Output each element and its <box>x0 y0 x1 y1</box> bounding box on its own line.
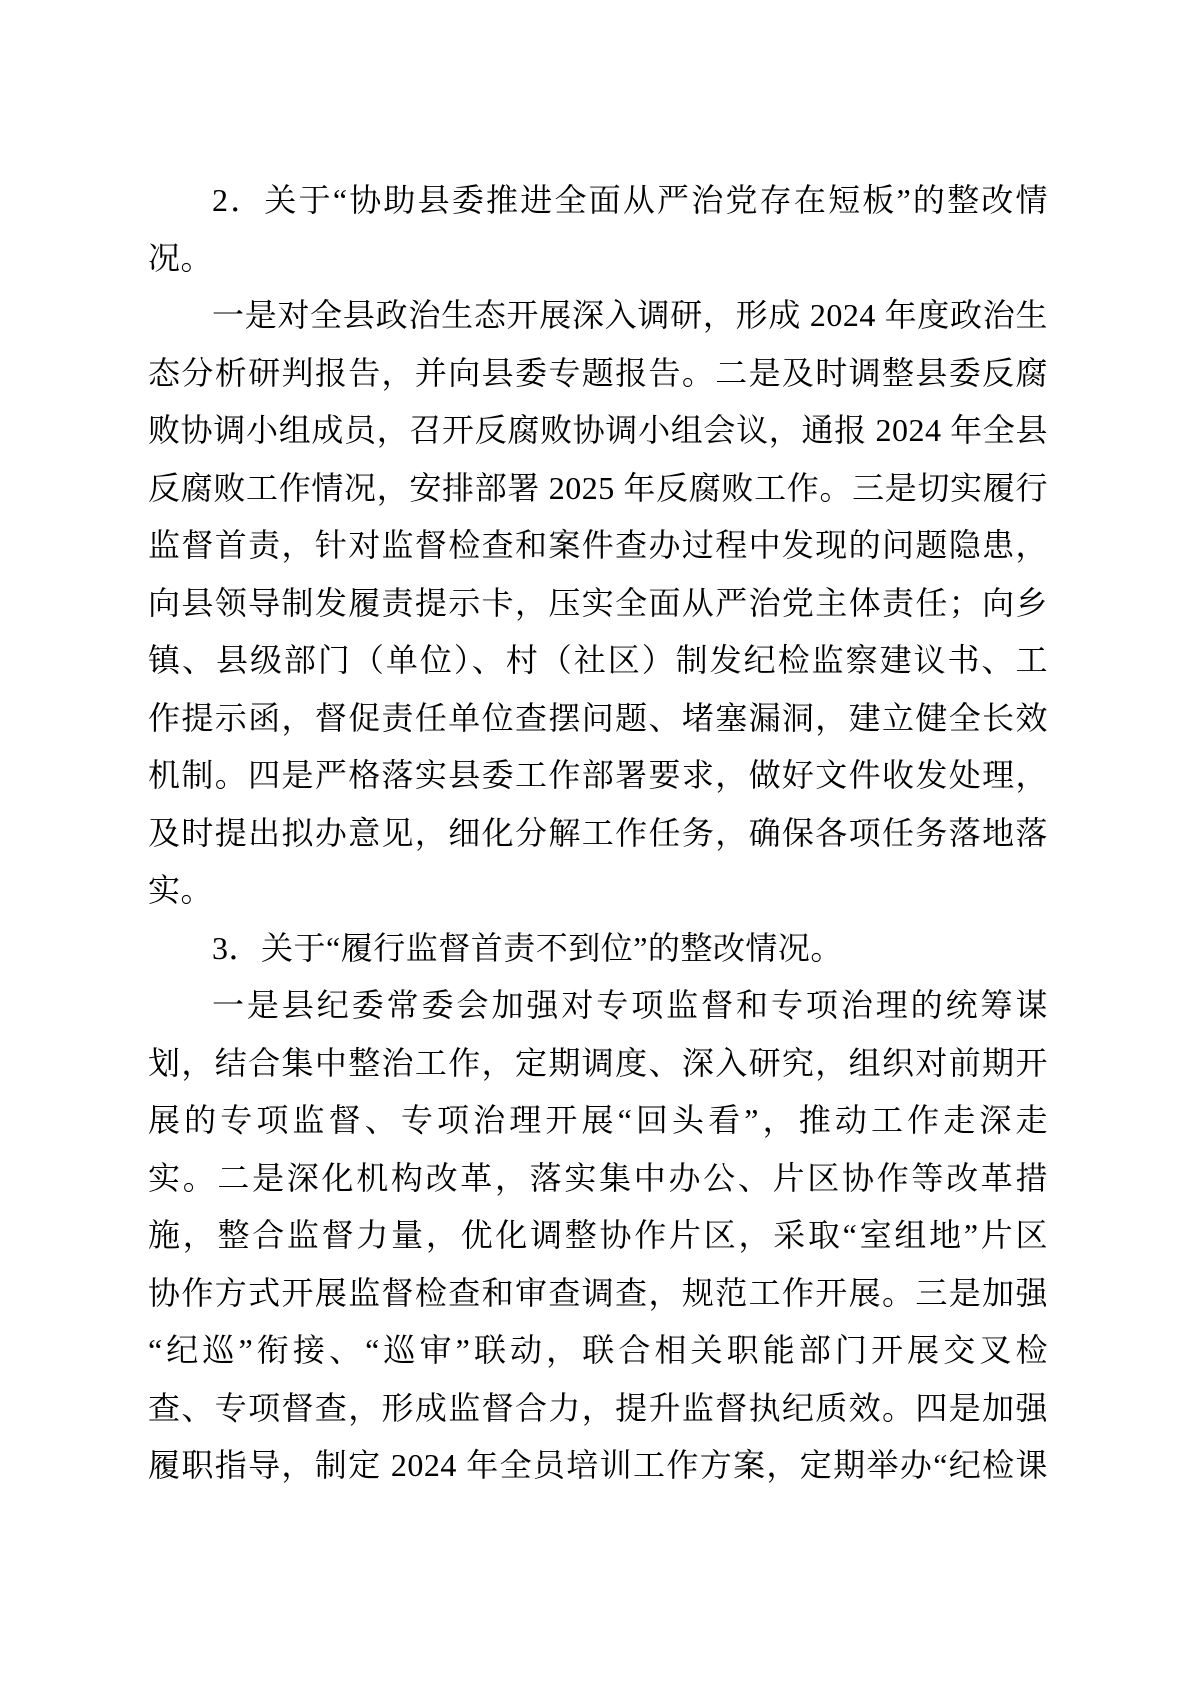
text-line: 向县领导制发履责提示卡，压实全面从严治党主体责任；向乡 <box>148 575 1048 633</box>
section-2-heading-line: 2．关于“协助县委推进全面从严治党存在短板”的整改情 <box>148 172 1048 230</box>
text-line: 履职指导，制定 2024 年全员培训工作方案，定期举办“纪检课 <box>148 1437 1048 1495</box>
document-body: 2．关于“协助县委推进全面从严治党存在短板”的整改情 况。 一是对全县政治生态开… <box>148 172 1048 1495</box>
text-line: 一是县纪委常委会加强对专项监督和专项治理的统筹谋 <box>148 977 1048 1035</box>
document-page: 2．关于“协助县委推进全面从严治党存在短板”的整改情 况。 一是对全县政治生态开… <box>0 0 1190 1683</box>
text-line: 及时提出拟办意见，细化分解工作任务，确保各项任务落地落 <box>148 805 1048 863</box>
text-line: 监督首责，针对监督检查和案件查办过程中发现的问题隐患， <box>148 517 1048 575</box>
text-line: 作提示函，督促责任单位查摆问题、堵塞漏洞，建立健全长效 <box>148 690 1048 748</box>
section-2-heading-line: 况。 <box>148 230 1048 288</box>
section-3-heading-line: 3．关于“履行监督首责不到位”的整改情况。 <box>148 920 1048 978</box>
text-line: 查、专项督查，形成监督合力，提升监督执纪质效。四是加强 <box>148 1380 1048 1438</box>
text-line: 展的专项监督、专项治理开展“回头看”，推动工作走深走 <box>148 1092 1048 1150</box>
text-line: 施，整合监督力量，优化调整协作片区，采取“室组地”片区 <box>148 1207 1048 1265</box>
text-line: 一是对全县政治生态开展深入调研，形成 2024 年度政治生 <box>148 287 1048 345</box>
text-line: 实。二是深化机构改革，落实集中办公、片区协作等改革措 <box>148 1150 1048 1208</box>
text-line: “纪巡”衔接、“巡审”联动，联合相关职能部门开展交叉检 <box>148 1322 1048 1380</box>
text-line: 机制。四是严格落实县委工作部署要求，做好文件收发处理， <box>148 747 1048 805</box>
text-line: 镇、县级部门（单位）、村（社区）制发纪检监察建议书、工 <box>148 632 1048 690</box>
text-line: 败协调小组成员，召开反腐败协调小组会议，通报 2024 年全县 <box>148 402 1048 460</box>
text-line: 反腐败工作情况，安排部署 2025 年反腐败工作。三是切实履行 <box>148 460 1048 518</box>
text-line: 协作方式开展监督检查和审查调查，规范工作开展。三是加强 <box>148 1265 1048 1323</box>
text-line: 实。 <box>148 862 1048 920</box>
text-line: 态分析研判报告，并向县委专题报告。二是及时调整县委反腐 <box>148 345 1048 403</box>
text-line: 划，结合集中整治工作，定期调度、深入研究，组织对前期开 <box>148 1035 1048 1093</box>
